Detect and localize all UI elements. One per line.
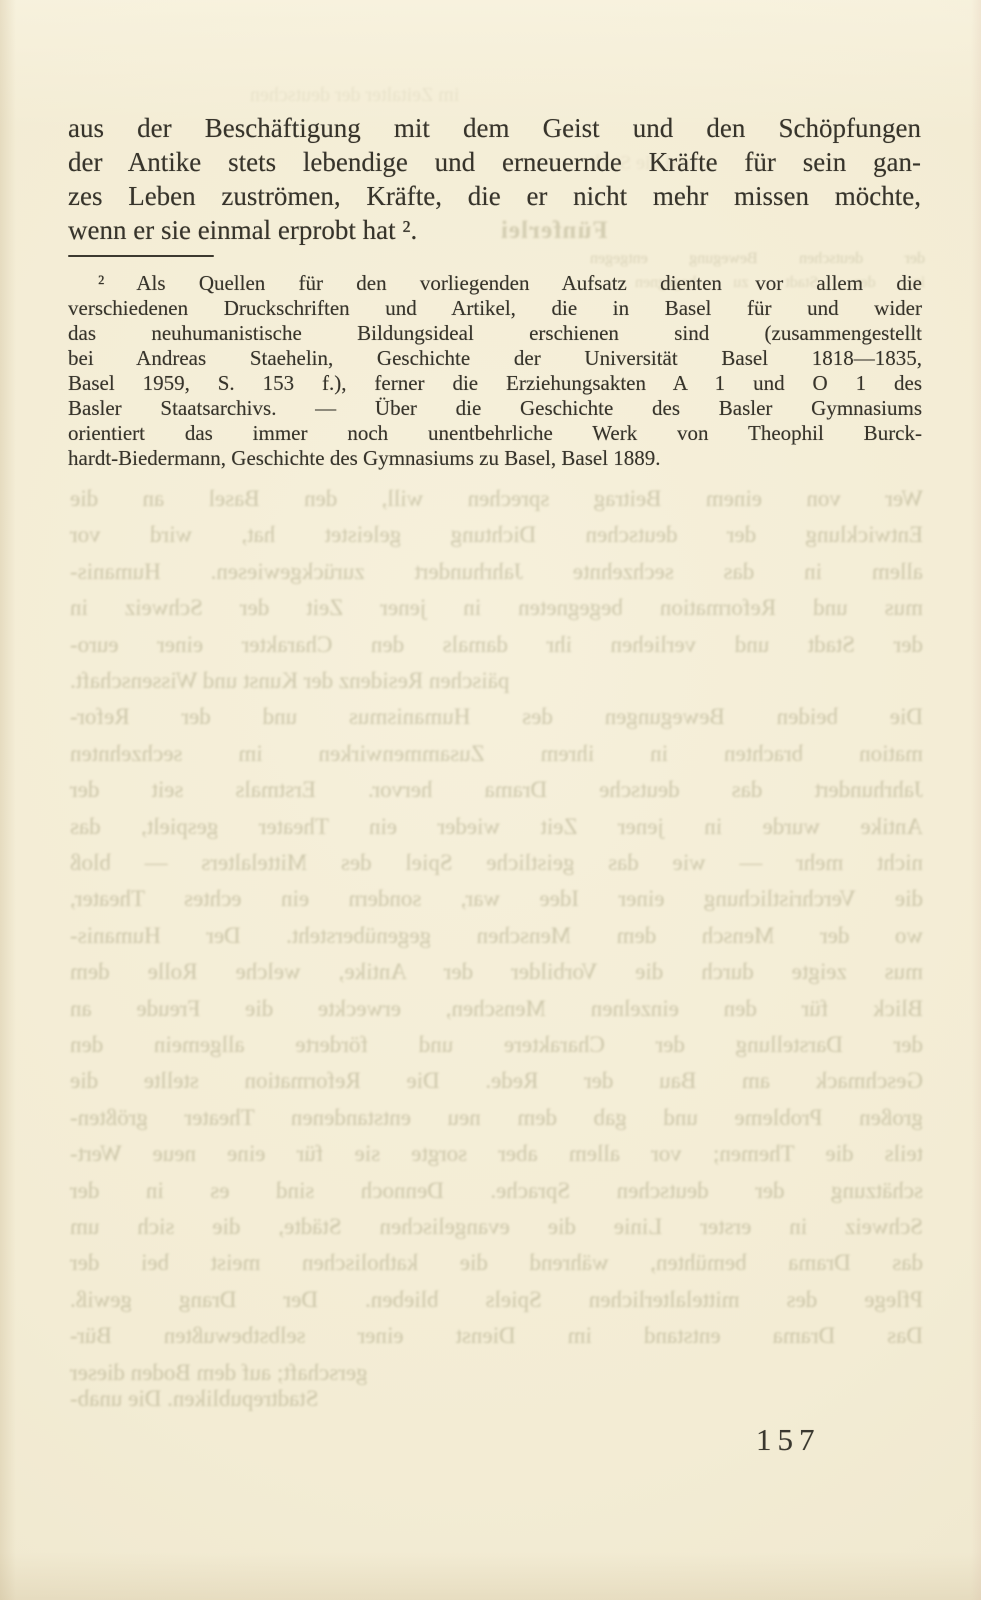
main-text-line: zes Leben zuströmen, Kräfte, die er nich…	[68, 179, 921, 213]
ghost-text-line: mus und Reformation begegneten in jener …	[70, 595, 923, 621]
ghost-mirrored-text: Entwicklung der deutschen Dichtung gelei…	[70, 522, 923, 548]
footnote-line: ² Als Quellen für den vorliegenden Aufsa…	[68, 271, 922, 296]
ghost-text-line: der Stadt und verliehen ihr damals den C…	[70, 632, 923, 658]
ghost-text-line: allem in das sechzehnte Jahrhundert zurü…	[70, 559, 923, 585]
ghost-text-line: die Verchristlichung einer Idee war, son…	[70, 886, 923, 912]
main-text-line: wenn er sie einmal erprobt hat ².	[68, 213, 921, 247]
ghost-mirrored-text: großen Probleme und gab dem neu entstand…	[70, 1105, 923, 1131]
ghost-mirrored-text: teils die Themen; vor allem aber sorgte …	[70, 1141, 923, 1167]
ghost-mirrored-text: päischen Residenz der Kunst und Wissensc…	[70, 668, 570, 694]
main-text-line: aus der Beschäftigung mit dem Geist und …	[68, 111, 921, 145]
ghost-mirrored-text: gerschaft; auf dem Boden dieser Stadtrep…	[70, 1360, 480, 1413]
ghost-mirrored-text: Blick für den einzelnen Menschen, erweck…	[70, 996, 923, 1022]
ghost-text-line: im Zeitalter der deutschen	[250, 84, 650, 107]
ghost-text-line: das Drama bemühten, während die katholis…	[70, 1250, 923, 1276]
ghost-text-line: Die beiden Bewegungen des Humanismus und…	[70, 704, 923, 730]
footnote-separator-rule	[68, 255, 214, 257]
ghost-mirrored-text: Die beiden Bewegungen des Humanismus und…	[70, 704, 923, 730]
footnote-line: bei Andreas Staehelin, Geschichte der Un…	[68, 346, 922, 371]
ghost-text-line: Jahrhundert das deutsche Drama hervor. E…	[70, 777, 923, 803]
footnote-line: das neuhumanistische Bildungsideal ersch…	[68, 321, 922, 346]
ghost-mirrored-text: Schweiz in erster Linie die evangelische…	[70, 1214, 923, 1240]
footnote-line: orientiert das immer noch unentbehrliche…	[68, 421, 922, 446]
ghost-text-line: Entwicklung der deutschen Dichtung gelei…	[70, 522, 923, 548]
ghost-mirrored-text: mus und Reformation begegneten in jener …	[70, 595, 923, 621]
ghost-mirrored-text: schätzung der deutschen Sprache. Dennoch…	[70, 1178, 923, 1204]
ghost-text-line: schätzung der deutschen Sprache. Dennoch…	[70, 1178, 923, 1204]
footnote-paragraph: ² Als Quellen für den vorliegenden Aufsa…	[68, 271, 922, 471]
ghost-text-line: gerschaft; auf dem Boden dieser Stadtrep…	[70, 1360, 480, 1413]
page-number: 157	[756, 1422, 840, 1458]
ghost-text-line: Wer von einem Beitrag sprechen will, den…	[70, 486, 923, 512]
footnote-line: Basel 1959, S. 153 f.), ferner die Erzie…	[68, 371, 922, 396]
ghost-mirrored-text: Antike wurde in jener Zeit wieder ein Th…	[70, 814, 923, 840]
main-text-line: der Antike stets lebendige und erneuernd…	[68, 145, 921, 179]
ghost-mirrored-text: Geschmack am Bau der Rede. Die Reformati…	[70, 1068, 923, 1094]
ghost-mirrored-text: allem in das sechzehnte Jahrhundert zurü…	[70, 559, 923, 585]
ghost-mirrored-text: im Zeitalter der deutschen	[250, 84, 650, 107]
ghost-text-line: großen Probleme und gab dem neu entstand…	[70, 1105, 923, 1131]
ghost-text-line: nicht mehr — wie das geistliche Spiel de…	[70, 850, 923, 876]
ghost-mirrored-text: Das Drama entstand im Dienst einer selbs…	[70, 1323, 923, 1349]
footnote-line: Basler Staatsarchivs. — Über die Geschic…	[68, 396, 922, 421]
ghost-text-line: mation brachten in ihrem Zusammenwirken …	[70, 741, 923, 767]
ghost-text-line: Blick für den einzelnen Menschen, erweck…	[70, 996, 923, 1022]
book-page-scan: im Zeitalter der deutschenund die StadtF…	[0, 0, 981, 1600]
ghost-text-line: der Darstellung der Charaktere und förde…	[70, 1032, 923, 1058]
footnote-line: hardt-Biedermann, Geschichte des Gymnasi…	[68, 446, 922, 471]
footnote-line: verschiedenen Druckschriften und Artikel…	[68, 296, 922, 321]
ghost-mirrored-text: der deutschen Bewegung entgegen	[590, 250, 925, 268]
ghost-mirrored-text: nicht mehr — wie das geistliche Spiel de…	[70, 850, 923, 876]
ghost-text-line: wo der Mensch dem Menschen gegenübersteh…	[70, 923, 923, 949]
ghost-mirrored-text: mus zeigte durch die Vorbilder der Antik…	[70, 959, 923, 985]
ghost-text-line: Pflege des mittelalterlichen Spiels blie…	[70, 1287, 923, 1313]
ghost-mirrored-text: der Stadt und verliehen ihr damals den C…	[70, 632, 923, 658]
ghost-mirrored-text: der Darstellung der Charaktere und förde…	[70, 1032, 923, 1058]
ghost-text-line: Antike wurde in jener Zeit wieder ein Th…	[70, 814, 923, 840]
ghost-mirrored-text: das Drama bemühten, während die katholis…	[70, 1250, 923, 1276]
ghost-text-line: teils die Themen; vor allem aber sorgte …	[70, 1141, 923, 1167]
ghost-mirrored-text: die Verchristlichung einer Idee war, son…	[70, 886, 923, 912]
ghost-text-line: Das Drama entstand im Dienst einer selbs…	[70, 1323, 923, 1349]
ghost-text-line: Geschmack am Bau der Rede. Die Reformati…	[70, 1068, 923, 1094]
ghost-mirrored-text: Wer von einem Beitrag sprechen will, den…	[70, 486, 923, 512]
ghost-text-line: päischen Residenz der Kunst und Wissensc…	[70, 668, 570, 694]
ghost-text-line: Schweiz in erster Linie die evangelische…	[70, 1214, 923, 1240]
ghost-text-line: der deutschen Bewegung entgegen	[590, 250, 925, 268]
ghost-mirrored-text: wo der Mensch dem Menschen gegenübersteh…	[70, 923, 923, 949]
ghost-mirrored-text: mation brachten in ihrem Zusammenwirken …	[70, 741, 923, 767]
main-paragraph: aus der Beschäftigung mit dem Geist und …	[68, 111, 921, 247]
ghost-mirrored-text: Pflege des mittelalterlichen Spiels blie…	[70, 1287, 923, 1313]
ghost-mirrored-text: Jahrhundert das deutsche Drama hervor. E…	[70, 777, 923, 803]
ghost-text-line: mus zeigte durch die Vorbilder der Antik…	[70, 959, 923, 985]
